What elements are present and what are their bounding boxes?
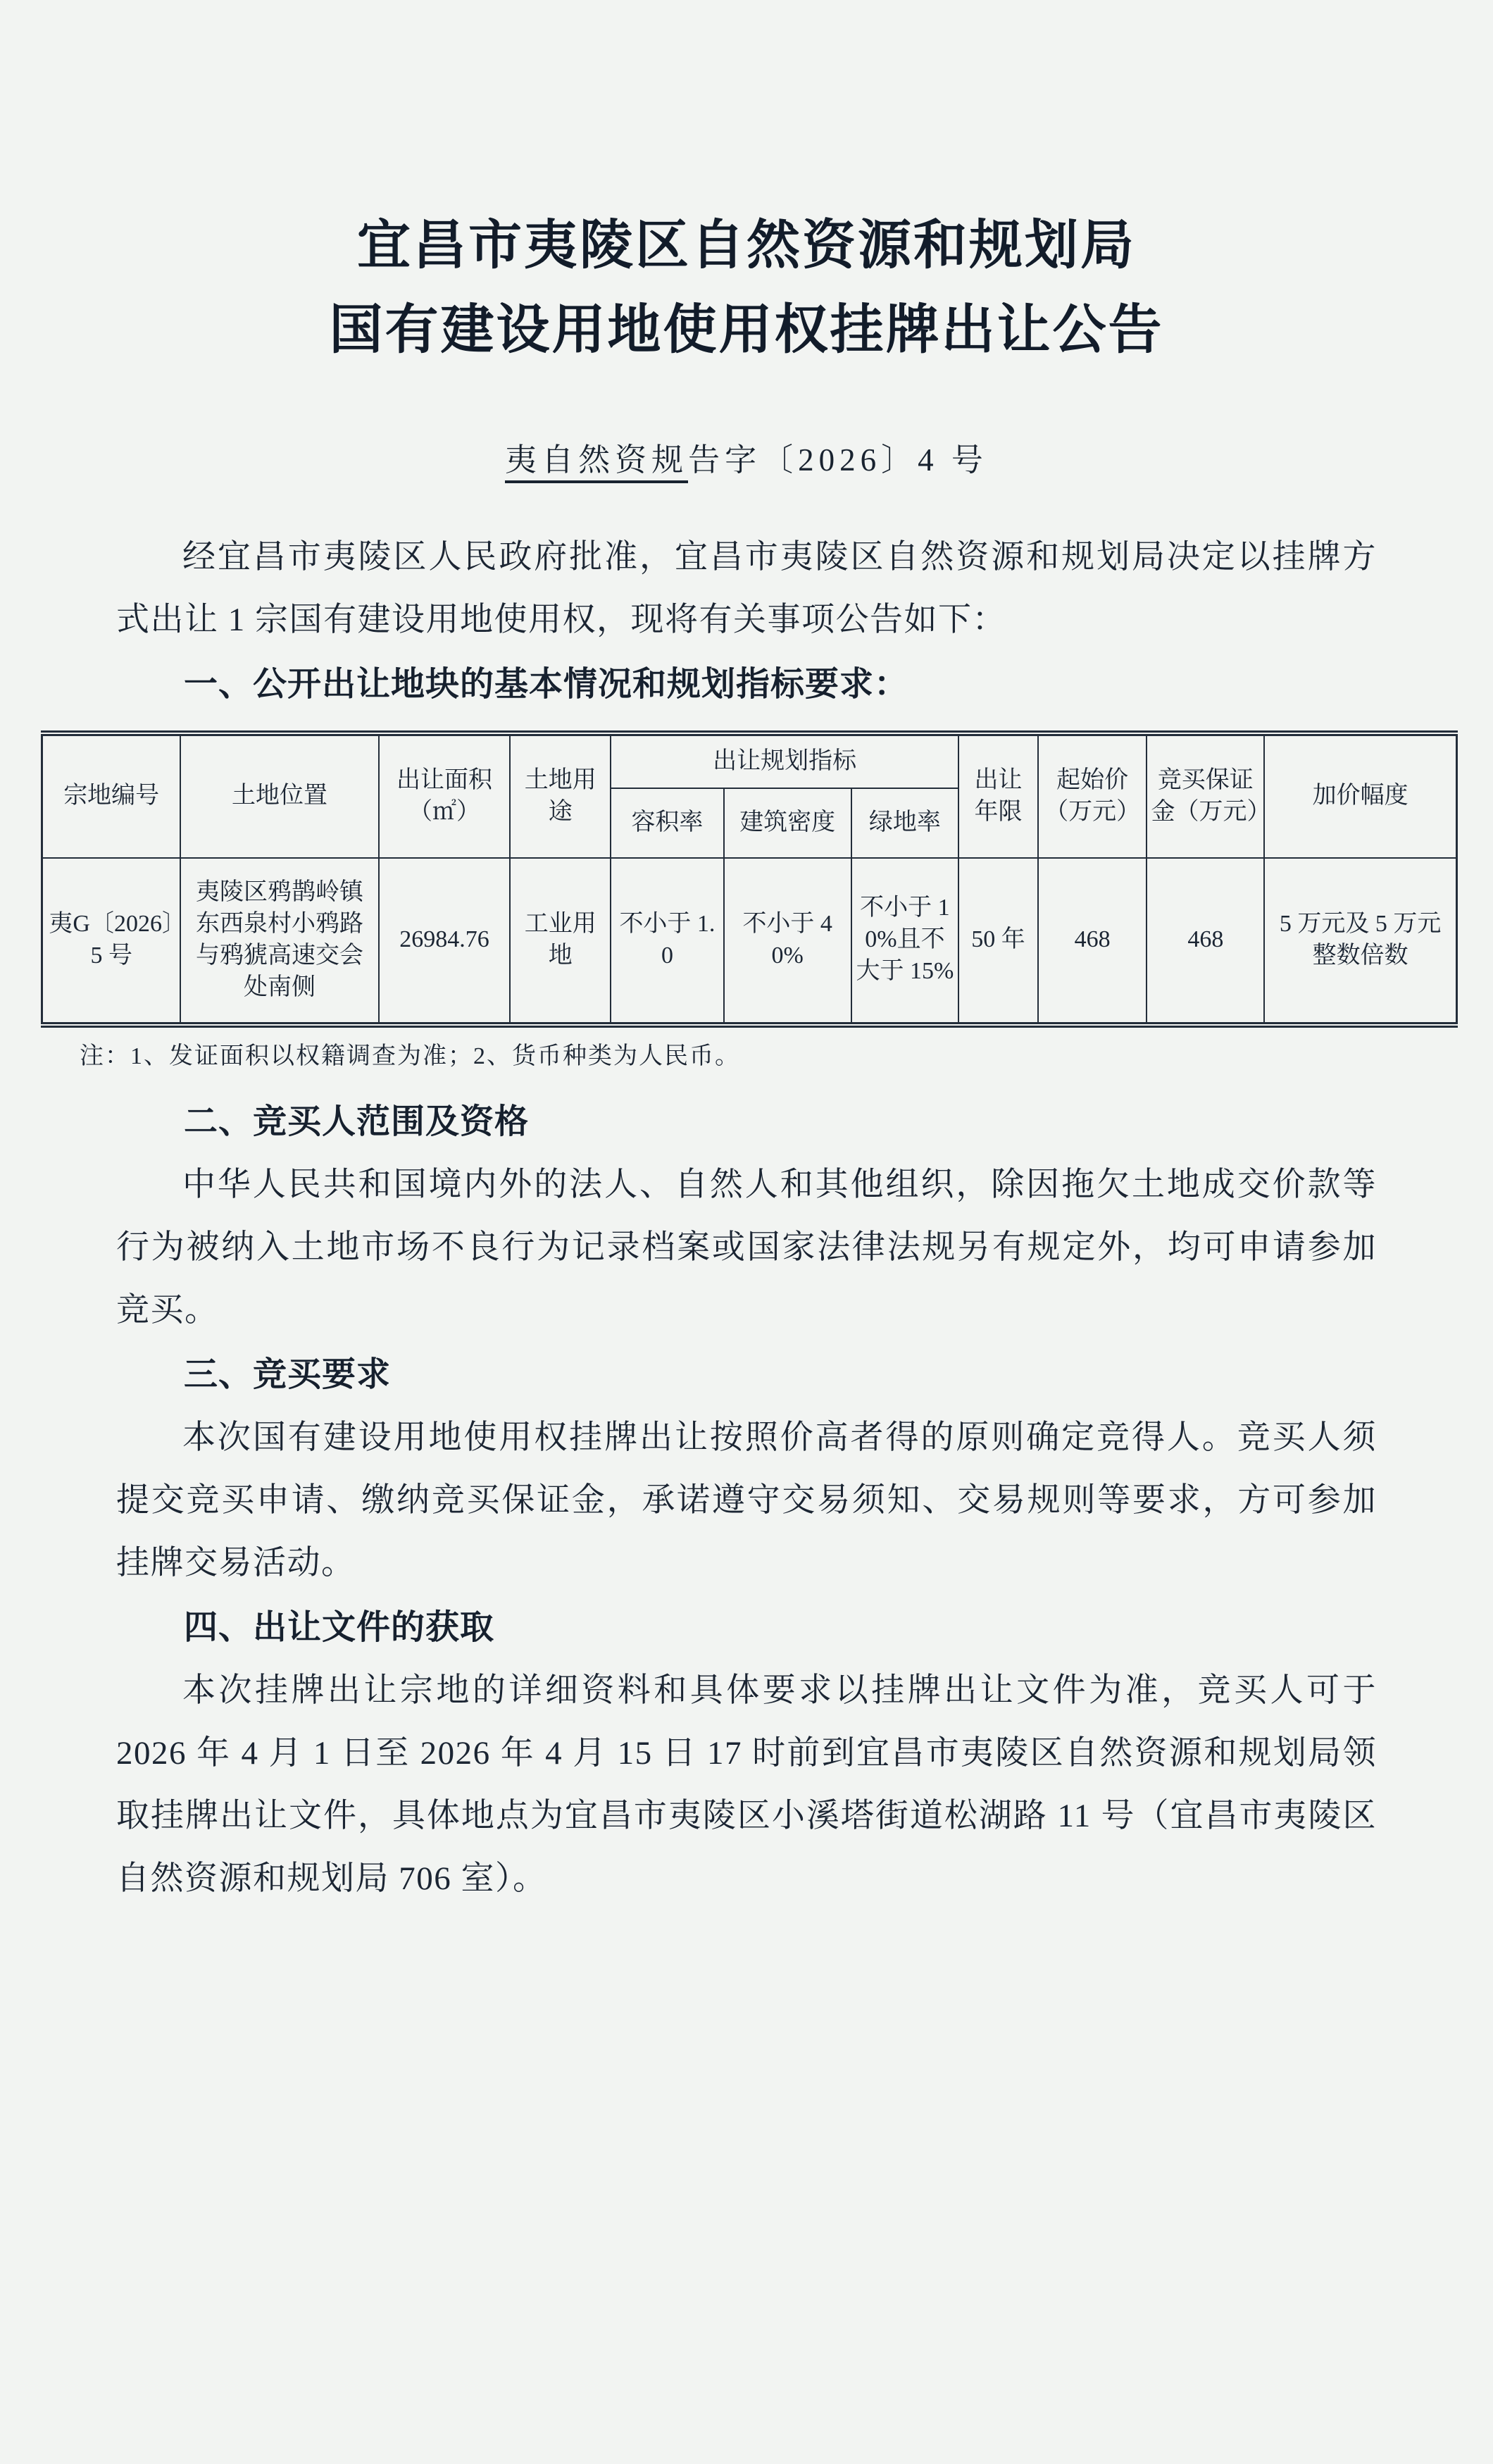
header-use: 土地用途: [510, 733, 611, 858]
cell-use: 工业用地: [510, 858, 611, 1025]
cell-density: 不小于 40%: [724, 858, 851, 1025]
announcement-page: 宜昌市夷陵区自然资源和规划局 国有建设用地使用权挂牌出让公告 夷自然资规告字〔2…: [0, 0, 1493, 2464]
land-parcel-table-wrap: 宗地编号 土地位置 出让面积（㎡） 土地用途 出让规划指标 出让年限 起始价（万…: [41, 730, 1458, 1028]
cell-increment: 5 万元及 5 万元整数倍数: [1264, 858, 1456, 1025]
section-3-body: 本次国有建设用地使用权挂牌出让按照价高者得的原则确定竞得人。竞买人须提交竞买申请…: [116, 1407, 1377, 1595]
document-number: 夷自然资规告字〔2026〕4 号: [116, 434, 1377, 480]
section-4-body: 本次挂牌出让宗地的详细资料和具体要求以挂牌出让文件为准，竞买人可于 2026 年…: [116, 1660, 1377, 1910]
section-2-heading: 二、竞买人范围及资格: [116, 1089, 1377, 1154]
title-line-2: 国有建设用地使用权挂牌出让公告: [330, 298, 1164, 361]
section-3-heading: 三、竞买要求: [116, 1342, 1377, 1407]
document-body: 经宜昌市夷陵区人民政府批准，宜昌市夷陵区自然资源和规划局决定以挂牌方式出让 1 …: [116, 526, 1377, 1910]
page-title: 宜昌市夷陵区自然资源和规划局 国有建设用地使用权挂牌出让公告: [116, 203, 1377, 372]
cell-location: 夷陵区鸦鹊岭镇东西泉村小鸦路与鸦猇高速交会处南侧: [180, 858, 378, 1025]
section-1-heading: 一、公开出让地块的基本情况和规划指标要求：: [116, 652, 1377, 716]
document-number-rest: 告字〔2026〕4 号: [688, 442, 988, 478]
header-deposit: 竞买保证金（万元）: [1147, 733, 1264, 858]
header-planning-indicators-group: 出让规划指标: [611, 733, 958, 788]
section-4-heading: 四、出让文件的获取: [116, 1595, 1377, 1660]
header-area: 出让面积（㎡）: [379, 733, 511, 858]
table-note: 注：1、发证面积以权籍调查为准；2、货币种类为人民币。: [80, 1036, 1377, 1071]
cell-start-price: 468: [1038, 858, 1147, 1025]
header-location: 土地位置: [180, 733, 378, 858]
cell-term: 50 年: [958, 858, 1038, 1025]
cell-green-ratio: 不小于 10%且不大于 15%: [851, 858, 959, 1025]
header-term: 出让年限: [958, 733, 1038, 858]
header-far: 容积率: [611, 788, 724, 858]
cell-area: 26984.76: [379, 858, 511, 1025]
cell-deposit: 468: [1147, 858, 1264, 1025]
title-line-1: 宜昌市夷陵区自然资源和规划局: [357, 213, 1136, 276]
cell-parcel-no: 夷G〔2026〕5 号: [42, 858, 181, 1025]
header-start-price: 起始价（万元）: [1038, 733, 1147, 858]
cell-far: 不小于 1.0: [611, 858, 724, 1025]
land-parcel-table: 宗地编号 土地位置 出让面积（㎡） 土地用途 出让规划指标 出让年限 起始价（万…: [41, 730, 1458, 1028]
section-2-body: 中华人民共和国境内外的法人、自然人和其他组织，除因拖欠土地成交价款等行为被纳入土…: [116, 1154, 1377, 1342]
header-parcel-no: 宗地编号: [42, 733, 181, 858]
header-green-ratio: 绿地率: [851, 788, 959, 858]
document-number-underlined: 夷自然资规: [505, 442, 688, 483]
header-increment: 加价幅度: [1264, 733, 1456, 858]
header-density: 建筑密度: [724, 788, 851, 858]
intro-paragraph: 经宜昌市夷陵区人民政府批准，宜昌市夷陵区自然资源和规划局决定以挂牌方式出让 1 …: [116, 526, 1377, 652]
table-header-row-1: 宗地编号 土地位置 出让面积（㎡） 土地用途 出让规划指标 出让年限 起始价（万…: [42, 733, 1457, 788]
table-row: 夷G〔2026〕5 号 夷陵区鸦鹊岭镇东西泉村小鸦路与鸦猇高速交会处南侧 269…: [42, 858, 1457, 1025]
